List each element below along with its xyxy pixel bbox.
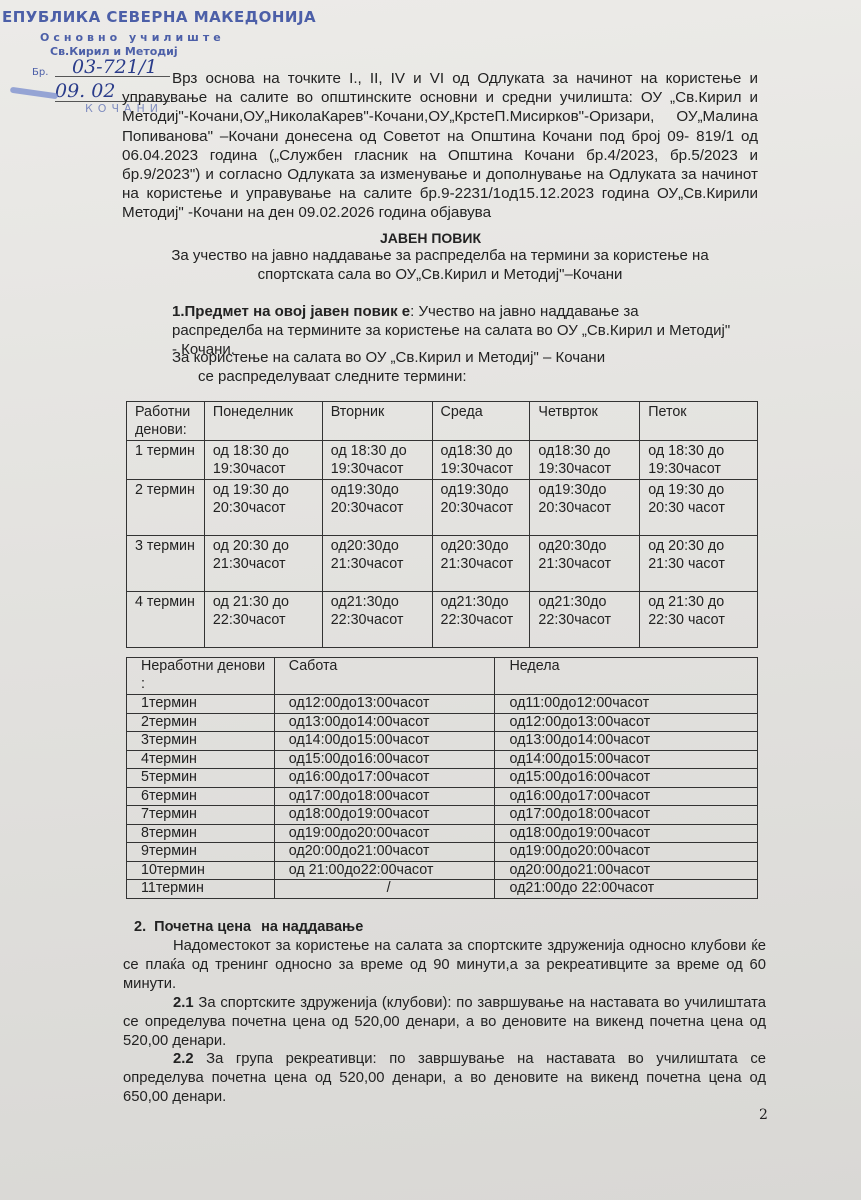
table-cell: од16:00до17:00часот bbox=[495, 787, 758, 806]
slot-label: 3термин bbox=[127, 732, 275, 751]
section-2-2-text: За група рекреативци: по завршување на н… bbox=[123, 1051, 766, 1105]
section-2-title: Почетна цена bbox=[154, 919, 251, 935]
section-1-continued: За користење на салата во ОУ „Св.Кирил и… bbox=[172, 348, 732, 386]
stamp-country: ЕПУБЛИКА СЕВЕРНА МАКЕДОНИЈА bbox=[2, 8, 316, 26]
table-header-row: Неработни денови : Сабота Недела bbox=[127, 658, 758, 695]
section-2-title-cont: на наддавање bbox=[261, 919, 363, 935]
header-cell: Вторник bbox=[322, 402, 432, 441]
table-cell: од19:00до20:00часот bbox=[495, 843, 758, 862]
table-row: 7терминод18:00до19:00часотод17:00до18:00… bbox=[127, 806, 758, 825]
table-cell: од17:00до18:00часот bbox=[274, 787, 495, 806]
slot-label: 2термин bbox=[127, 713, 275, 732]
table-row: 4терминод15:00до16:00часотод14:00до15:00… bbox=[127, 750, 758, 769]
stamp-br-label: Бр. bbox=[32, 67, 48, 78]
table-cell: од21:00до 22:00часот bbox=[495, 880, 758, 899]
table-cell: од18:00до19:00часот bbox=[274, 806, 495, 825]
header-cell: Сабота bbox=[274, 658, 495, 695]
table-cell: од 21:30 до 22:30 часот bbox=[640, 592, 758, 648]
slot-label: 5термин bbox=[127, 769, 275, 788]
table-cell: од14:00до15:00часот bbox=[274, 732, 495, 751]
section-1-heading: 1.Предмет на овој јавен повик е bbox=[172, 303, 410, 320]
table-cell: од14:00до15:00часот bbox=[495, 750, 758, 769]
header-cell: Понеделник bbox=[204, 402, 322, 441]
table-row: 10терминод 21:00до22:00часотод20:00до21:… bbox=[127, 861, 758, 880]
slot-label: 4 термин bbox=[127, 592, 205, 648]
table-cell: од 18:30 до 19:30часот bbox=[640, 441, 758, 480]
table-cell: од 21:00до22:00часот bbox=[274, 861, 495, 880]
stamp-date: 09. 02 bbox=[55, 80, 115, 102]
table-cell: од20:00до21:00часот bbox=[495, 861, 758, 880]
table-cell: од19:30до 20:30часот bbox=[432, 480, 530, 536]
section-1-line2: За користење на салата во ОУ „Св.Кирил и… bbox=[172, 349, 605, 366]
table-row: 9терминод20:00до21:00часотод19:00до20:00… bbox=[127, 843, 758, 862]
table-cell: од 18:30 до 19:30часот bbox=[322, 441, 432, 480]
table-row: 2терминод13:00до14:00часотод12:00до13:00… bbox=[127, 713, 758, 732]
table-cell: од15:00до16:00часот bbox=[495, 769, 758, 788]
table-cell: од 19:30 до 20:30часот bbox=[204, 480, 322, 536]
table-row: 1терминод12:00до13:00часотод11:00до12:00… bbox=[127, 695, 758, 714]
table-header-row: Работни денови: Понеделник Вторник Среда… bbox=[127, 402, 758, 441]
section-2-2-paragraph: 2.2 За група рекреативци: по завршување … bbox=[123, 1050, 766, 1107]
section-2-text: Надоместокот за користење на салата за с… bbox=[123, 938, 766, 992]
table-cell: од20:30до 21:30часот bbox=[530, 536, 640, 592]
section-2-2-label: 2.2 bbox=[173, 1051, 194, 1067]
table-row: 3терминод14:00до15:00часотод13:00до14:00… bbox=[127, 732, 758, 751]
table-row: 5терминод16:00до17:00часотод15:00до16:00… bbox=[127, 769, 758, 788]
table-cell: од20:30до 21:30часот bbox=[432, 536, 530, 592]
table-row: 11термин/од21:00до 22:00часот bbox=[127, 880, 758, 899]
slot-label: 4термин bbox=[127, 750, 275, 769]
table-cell: од20:30до 21:30часот bbox=[322, 536, 432, 592]
slot-label: 1термин bbox=[127, 695, 275, 714]
slot-label: 9термин bbox=[127, 843, 275, 862]
table-cell: од 19:30 до 20:30 часот bbox=[640, 480, 758, 536]
table-cell: од 20:30 до 21:30часот bbox=[204, 536, 322, 592]
table-cell: од18:30 до 19:30часот bbox=[530, 441, 640, 480]
section-2-paragraph: Надоместокот за користење на салата за с… bbox=[123, 937, 766, 994]
table-cell: од12:00до13:00часот bbox=[495, 713, 758, 732]
workdays-table: Работни денови: Понеделник Вторник Среда… bbox=[126, 401, 758, 648]
header-cell: Четврток bbox=[530, 402, 640, 441]
table-cell: од21:30до 22:30часот bbox=[322, 592, 432, 648]
weekend-table: Неработни денови : Сабота Недела 1термин… bbox=[126, 657, 758, 899]
table-cell: од20:00до21:00часот bbox=[274, 843, 495, 862]
table-cell: од13:00до14:00часот bbox=[274, 713, 495, 732]
document-title: ЈАВЕН ПОВИК bbox=[0, 230, 861, 246]
stamp-school-type: Основно училиште bbox=[40, 31, 225, 44]
header-cell: Работни денови: bbox=[127, 402, 205, 441]
slot-label: 6термин bbox=[127, 787, 275, 806]
section-2-number: 2. bbox=[134, 919, 146, 935]
header-cell: Петок bbox=[640, 402, 758, 441]
table-row: 1 термин од 18:30 до 19:30часот од 18:30… bbox=[127, 441, 758, 480]
table-cell: од18:00до19:00часот bbox=[495, 824, 758, 843]
document-subtitle: За учество на јавно наддавање за распред… bbox=[150, 246, 730, 284]
table-cell: од17:00до18:00часот bbox=[495, 806, 758, 825]
table-cell: од 20:30 до 21:30 часот bbox=[640, 536, 758, 592]
header-cell: Недела bbox=[495, 658, 758, 695]
slot-label: 10термин bbox=[127, 861, 275, 880]
page-number: 2 bbox=[759, 1107, 768, 1123]
table-row: 4 термин од 21:30 до 22:30часот од21:30д… bbox=[127, 592, 758, 648]
table-cell: од15:00до16:00часот bbox=[274, 750, 495, 769]
table-cell: од21:30до 22:30часот bbox=[432, 592, 530, 648]
intro-paragraph: Врз основа на точките I., II, IV и VI од… bbox=[122, 69, 758, 223]
section-2-1-label: 2.1 bbox=[173, 995, 194, 1011]
slot-label: 11термин bbox=[127, 880, 275, 899]
table-cell: / bbox=[274, 880, 495, 899]
section-2-1-text: За спортските здруженија (клубови): по з… bbox=[123, 995, 766, 1049]
slot-label: 8термин bbox=[127, 824, 275, 843]
table-cell: од19:30до 20:30часот bbox=[322, 480, 432, 536]
table-cell: од13:00до14:00часот bbox=[495, 732, 758, 751]
header-cell: Среда bbox=[432, 402, 530, 441]
table-cell: од 18:30 до 19:30часот bbox=[204, 441, 322, 480]
table-cell: од19:30до 20:30часот bbox=[530, 480, 640, 536]
signature-scribble-icon bbox=[10, 87, 58, 100]
table-cell: од16:00до17:00часот bbox=[274, 769, 495, 788]
table-cell: од19:00до20:00часот bbox=[274, 824, 495, 843]
document-page: ЕПУБЛИКА СЕВЕРНА МАКЕДОНИЈА Основно учил… bbox=[0, 0, 861, 1200]
table-cell: од 21:30 до 22:30часот bbox=[204, 592, 322, 648]
section-1-line3: се распределуваат следните термини: bbox=[172, 367, 732, 386]
table-cell: од12:00до13:00часот bbox=[274, 695, 495, 714]
table-row: 8терминод19:00до20:00часотод18:00до19:00… bbox=[127, 824, 758, 843]
table-cell: од21:30до 22:30часот bbox=[530, 592, 640, 648]
header-cell: Неработни денови : bbox=[127, 658, 275, 695]
slot-label: 7термин bbox=[127, 806, 275, 825]
table-cell: од18:30 до 19:30часот bbox=[432, 441, 530, 480]
slot-label: 2 термин bbox=[127, 480, 205, 536]
table-row: 3 термин од 20:30 до 21:30часот од20:30д… bbox=[127, 536, 758, 592]
table-row: 6терминод17:00до18:00часотод16:00до17:00… bbox=[127, 787, 758, 806]
section-2-1-paragraph: 2.1 За спортските здруженија (клубови): … bbox=[123, 994, 766, 1051]
table-row: 2 термин од 19:30 до 20:30часот од19:30д… bbox=[127, 480, 758, 536]
section-2-heading: 2. Почетна ценана наддавање bbox=[134, 919, 363, 935]
slot-label: 3 термин bbox=[127, 536, 205, 592]
slot-label: 1 термин bbox=[127, 441, 205, 480]
table-cell: од11:00до12:00часот bbox=[495, 695, 758, 714]
